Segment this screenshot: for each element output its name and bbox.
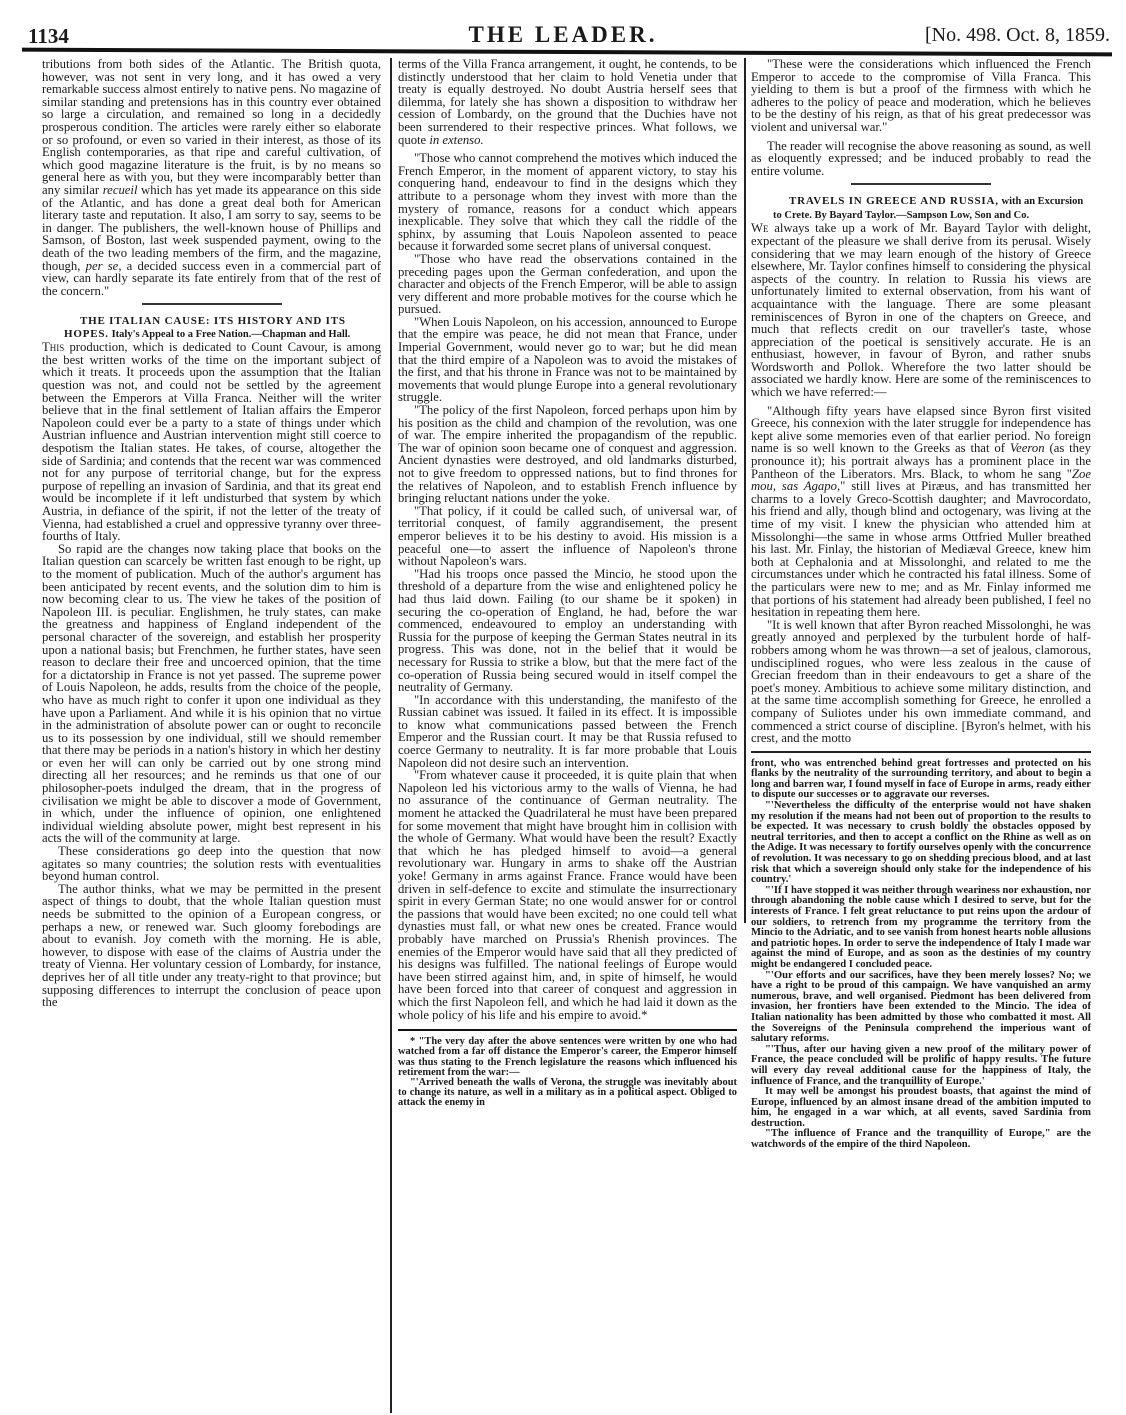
review-paragraph: This production, which is dedicated to C…	[42, 341, 381, 543]
quoted-paragraph: "These were the considerations which inf…	[751, 58, 1091, 134]
column-1: tributions from both sides of the Atlant…	[42, 58, 381, 1009]
footnote-paragraph: "'Our efforts and our sacrifices, have t…	[751, 971, 1091, 1045]
quoted-paragraph: "That policy, if it could be called such…	[398, 505, 737, 568]
continued-paragraph: tributions from both sides of the Atlant…	[42, 58, 381, 297]
quoted-paragraph: "In accordance with this understanding, …	[398, 694, 737, 770]
review-paragraph: We always take up a work of Mr. Bayard T…	[751, 222, 1091, 398]
review-heading: THE ITALIAN CAUSE: ITS HISTORY AND ITS H…	[42, 315, 381, 341]
masthead: 1134 THE LEADER. [No. 498. Oct. 8, 1859.	[0, 0, 1126, 50]
footnote-paragraph: "'Nevertheless the difficulty of the ent…	[751, 801, 1091, 886]
footnote-rule	[751, 751, 1091, 753]
section-rule	[851, 183, 991, 185]
quoted-paragraph: "Had his troops once passed the Mincio, …	[398, 568, 737, 694]
quoted-paragraph: "When Louis Napoleon, on his accession, …	[398, 316, 737, 404]
quoted-paragraph: "It is well known that after Byron reach…	[751, 619, 1091, 745]
column-divider	[744, 58, 746, 923]
footnote-paragraph: "The influence of France and the tranqui…	[751, 1129, 1091, 1150]
issue-date: [No. 498. Oct. 8, 1859.	[925, 24, 1110, 47]
review-paragraph: These considerations go deep into the qu…	[42, 845, 381, 883]
footnote-rule	[398, 1029, 737, 1031]
quoted-paragraph: "Although fifty years have elapsed since…	[751, 405, 1091, 619]
closing-paragraph: The reader will recognise the above reas…	[751, 140, 1091, 178]
review-paragraph: The author thinks, what we may be permit…	[42, 883, 381, 1009]
section-rule	[142, 303, 282, 305]
footnote-paragraph: "'If I have stopped it was neither throu…	[751, 886, 1091, 971]
footnote-paragraph: "'Arrived beneath the walls of Verona, t…	[398, 1078, 737, 1109]
lead-paragraph: terms of the Villa Franca arrangement, i…	[398, 58, 737, 146]
review-paragraph: So rapid are the changes now taking plac…	[42, 543, 381, 845]
footnote: * "The very day after the above sentence…	[398, 1037, 737, 1108]
quoted-paragraph: "The policy of the first Napoleon, force…	[398, 404, 737, 505]
column-3: "These were the considerations which inf…	[751, 58, 1091, 1151]
footnote-continued: front, who was entrenched behind great f…	[751, 759, 1091, 1151]
quoted-paragraph: "Those who have read the observations co…	[398, 253, 737, 316]
column-divider	[390, 58, 392, 1413]
quoted-paragraph: "From whatever cause it proceeded, it is…	[398, 769, 737, 1021]
footnote-paragraph: It may well be amongst his proudest boas…	[751, 1087, 1091, 1129]
quoted-paragraph: "Those who cannot comprehend the motives…	[398, 152, 737, 253]
footnote-paragraph: * "The very day after the above sentence…	[398, 1037, 737, 1078]
review-heading: TRAVELS IN GREECE AND RUSSIA, with an Ex…	[751, 195, 1091, 222]
column-2: terms of the Villa Franca arrangement, i…	[398, 58, 737, 1109]
footnote-paragraph: front, who was entrenched behind great f…	[751, 759, 1091, 801]
footnote-paragraph: "'Thus, after our having given a new pro…	[751, 1045, 1091, 1087]
